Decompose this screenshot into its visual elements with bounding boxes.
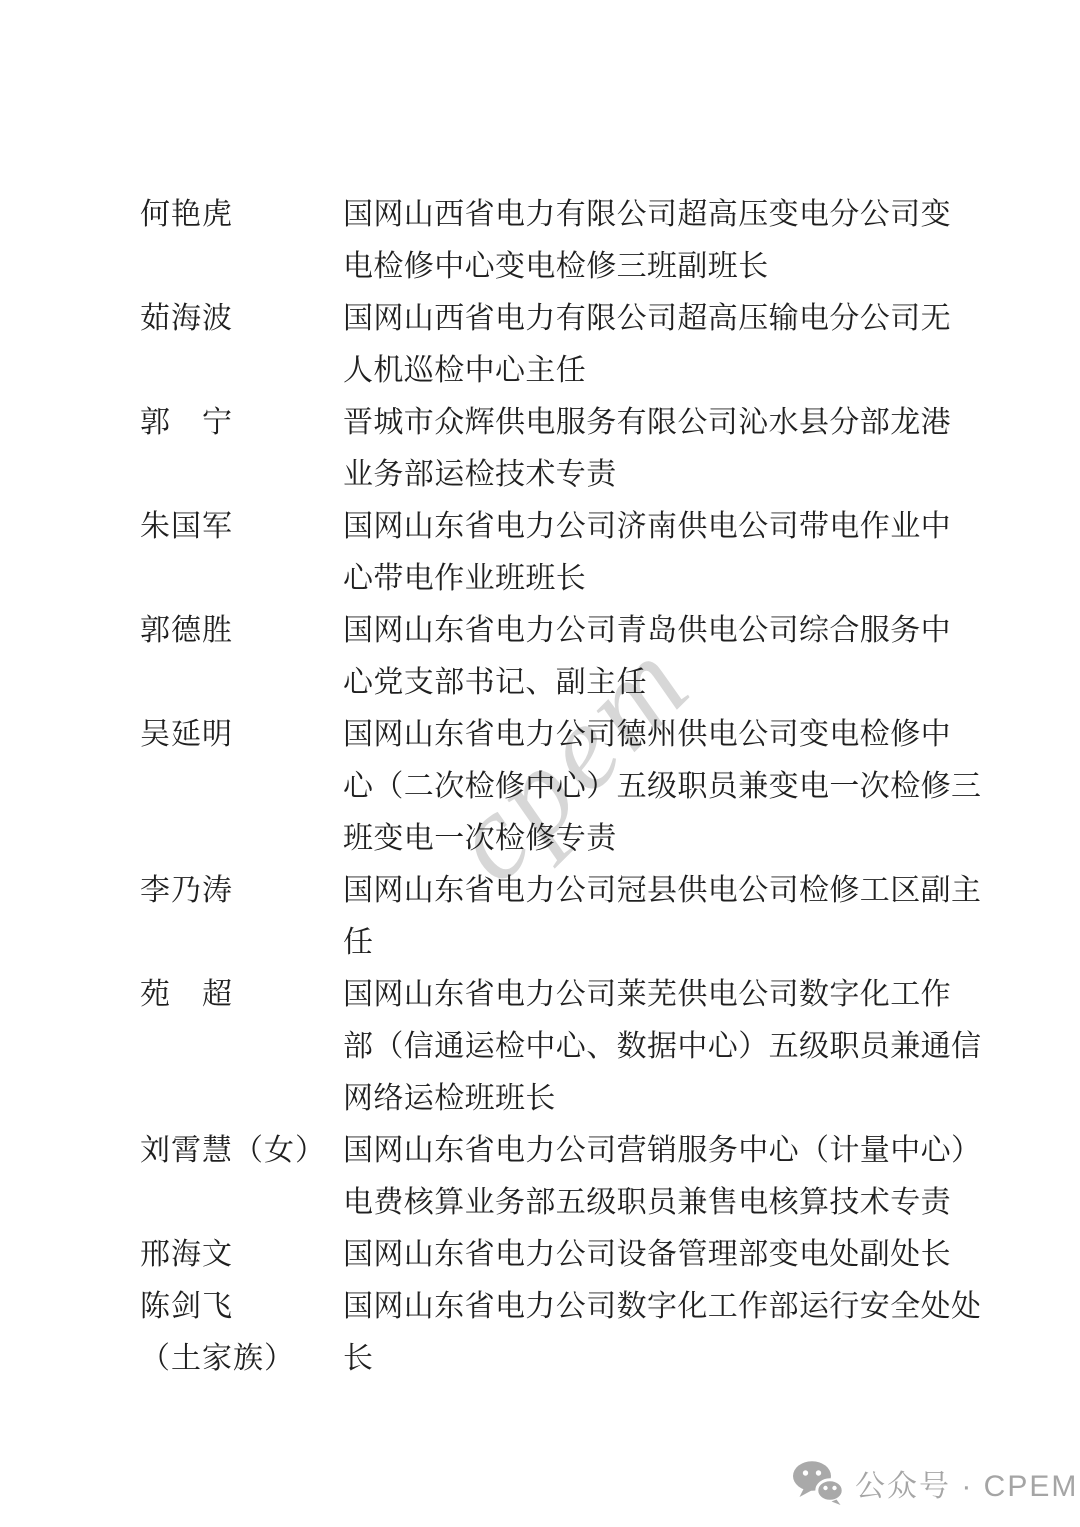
footer-label: 公众号 · CPEM [855,1461,1078,1505]
person-position: 国网山西省电力有限公司超高压输电分公司无 人机巡检中心主任 [343,293,1003,397]
person-position: 国网山东省电力公司设备管理部变电处副处长 [343,1229,1003,1281]
table-row: 郭德胜 国网山东省电力公司青岛供电公司综合服务中 心党支部书记、副主任 [140,605,1003,709]
person-position: 国网山东省电力公司营销服务中心（计量中心） 电费核算业务部五级职员兼售电核算技术… [343,1125,1003,1229]
person-name: 郭德胜 [140,605,343,657]
table-row: 茹海波 国网山西省电力有限公司超高压输电分公司无 人机巡检中心主任 [140,293,1003,397]
person-name: 茹海波 [140,293,343,345]
footer: 公众号 · CPEM [792,1455,1078,1511]
person-position: 国网山西省电力有限公司超高压变电分公司变 电检修中心变电检修三班副班长 [343,189,1003,293]
person-name: 李乃涛 [140,865,343,917]
person-name: 刘霄慧（女） [140,1125,343,1177]
person-position: 国网山东省电力公司德州供电公司变电检修中 心（二次检修中心）五级职员兼变电一次检… [343,709,1003,865]
table-row: 何艳虎 国网山西省电力有限公司超高压变电分公司变 电检修中心变电检修三班副班长 [140,189,1003,293]
person-name: 苑 超 [140,969,343,1021]
person-name: 何艳虎 [140,189,343,241]
person-name: 陈剑飞 （土家族） [140,1281,343,1385]
roster-list: 何艳虎 国网山西省电力有限公司超高压变电分公司变 电检修中心变电检修三班副班长 … [140,189,1003,1385]
person-name: 邢海文 [140,1229,343,1281]
person-position: 国网山东省电力公司莱芜供电公司数字化工作 部（信通运检中心、数据中心）五级职员兼… [343,969,1003,1125]
person-position: 国网山东省电力公司数字化工作部运行安全处处长 [343,1281,1003,1385]
table-row: 朱国军 国网山东省电力公司济南供电公司带电作业中 心带电作业班班长 [140,501,1003,605]
table-row: 邢海文 国网山东省电力公司设备管理部变电处副处长 [140,1229,1003,1281]
person-position: 晋城市众辉供电服务有限公司沁水县分部龙港 业务部运检技术专责 [343,397,1003,501]
table-row: 苑 超 国网山东省电力公司莱芜供电公司数字化工作 部（信通运检中心、数据中心）五… [140,969,1003,1125]
table-row: 吴延明 国网山东省电力公司德州供电公司变电检修中 心（二次检修中心）五级职员兼变… [140,709,1003,865]
table-row: 郭 宁 晋城市众辉供电服务有限公司沁水县分部龙港 业务部运检技术专责 [140,397,1003,501]
person-position: 国网山东省电力公司冠县供电公司检修工区副主任 [343,865,1003,969]
table-row: 刘霄慧（女） 国网山东省电力公司营销服务中心（计量中心） 电费核算业务部五级职员… [140,1125,1003,1229]
person-position: 国网山东省电力公司济南供电公司带电作业中 心带电作业班班长 [343,501,1003,605]
person-name: 吴延明 [140,709,343,761]
person-name: 郭 宁 [140,397,343,449]
table-row: 陈剑飞 （土家族） 国网山东省电力公司数字化工作部运行安全处处长 [140,1281,1003,1385]
person-position: 国网山东省电力公司青岛供电公司综合服务中 心党支部书记、副主任 [343,605,1003,709]
wechat-icon [792,1460,844,1506]
person-name: 朱国军 [140,501,343,553]
table-row: 李乃涛 国网山东省电力公司冠县供电公司检修工区副主任 [140,865,1003,969]
